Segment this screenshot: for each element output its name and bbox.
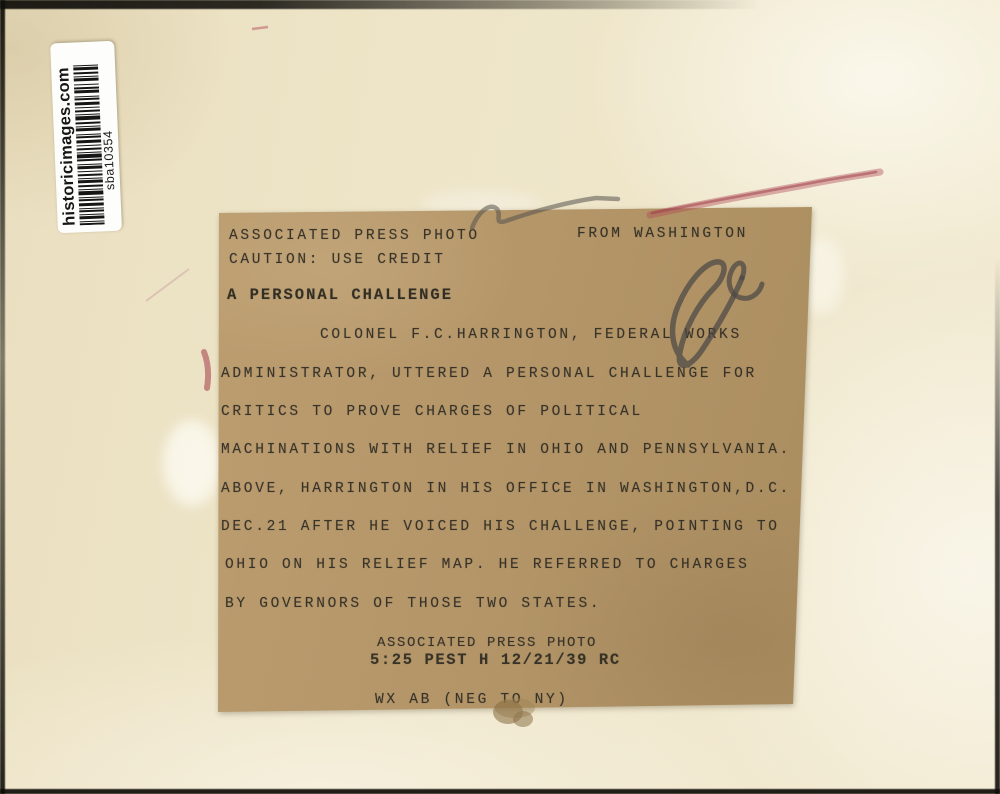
footer-stamp: 5:25 PEST H 12/21/39 RC bbox=[370, 651, 621, 669]
photo-back-scan: ASSOCIATED PRESS PHOTO CAUTION: USE CRED… bbox=[0, 0, 1000, 794]
caption-title: A PERSONAL CHALLENGE bbox=[227, 286, 453, 304]
caption-body-line: BY GOVERNORS OF THOSE TWO STATES. bbox=[225, 596, 601, 612]
inventory-sticker-face: historicimages.com bbox=[50, 41, 122, 234]
origin-line: FROM WASHINGTON bbox=[577, 226, 748, 242]
caption-body-line: MACHINATIONS WITH RELIEF IN OHIO AND PEN… bbox=[221, 442, 791, 458]
agency-line: ASSOCIATED PRESS PHOTO bbox=[229, 228, 480, 244]
caption-body-line: CRITICS TO PROVE CHARGES OF POLITICAL bbox=[221, 404, 643, 420]
caption-body-line: OHIO ON HIS RELIEF MAP. HE REFERRED TO C… bbox=[225, 557, 749, 573]
caption-body-line: ADMINISTRATOR, UTTERED A PERSONAL CHALLE… bbox=[221, 366, 757, 382]
caption-slip-wrapper: ASSOCIATED PRESS PHOTO CAUTION: USE CRED… bbox=[0, 0, 1000, 794]
credit-caution: CAUTION: USE CREDIT bbox=[229, 252, 446, 268]
footer-routing: WX AB (NEG TO NY) bbox=[375, 692, 569, 708]
footer-agency: ASSOCIATED PRESS PHOTO bbox=[377, 635, 597, 651]
caption-slip: ASSOCIATED PRESS PHOTO CAUTION: USE CRED… bbox=[217, 205, 814, 714]
caption-body-line: COLONEL F.C.HARRINGTON, FEDERAL WORKS bbox=[320, 327, 742, 343]
caption-body-line: ABOVE, HARRINGTON IN HIS OFFICE IN WASHI… bbox=[221, 481, 791, 497]
inventory-sticker: historicimages.com bbox=[50, 38, 124, 234]
caption-body-line: DEC.21 AFTER HE VOICED HIS CHALLENGE, PO… bbox=[221, 519, 780, 535]
